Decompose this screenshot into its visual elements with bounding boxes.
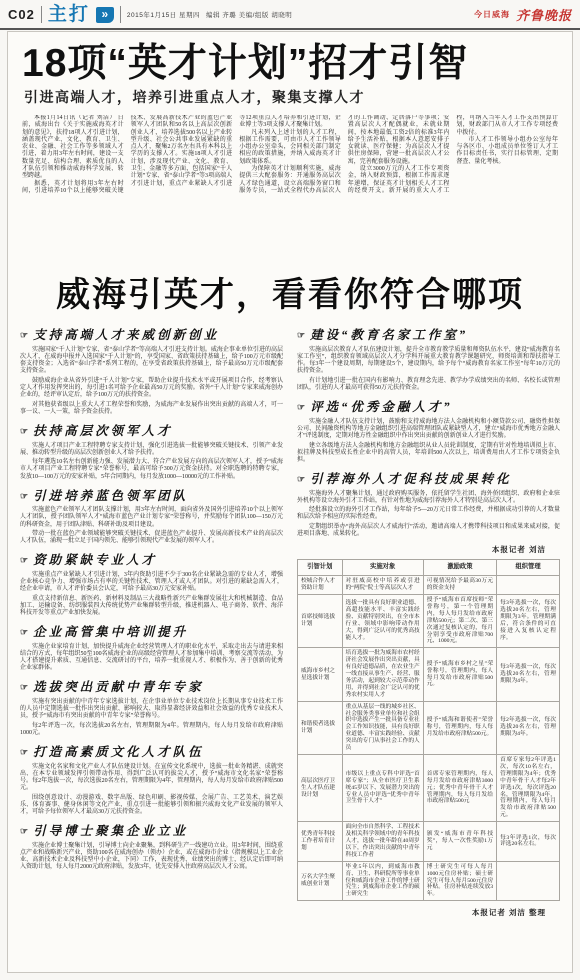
table-cell: 毕业5年以内，到威海市教育、卫生、科研院所等事业单位和威海市企业工作的博士研究生… — [342, 861, 423, 901]
table-header-row: 引智计划 实施对象 激励政策 组织管理 — [298, 560, 560, 576]
table-cell: 威海市乡村之星选拔计划 — [298, 648, 343, 701]
section-title-text: 引荐海外人才促科技成果转化 — [310, 473, 512, 487]
newspaper-page: C02 主打 » 2015年1月15日 星期四 编辑 齐璐 美编/组版 胡晓明 … — [0, 0, 580, 980]
table-byline: 本报记者 刘洁 整理 — [297, 907, 546, 918]
pointer-icon: ☞ — [297, 475, 305, 485]
table-cell: 首席专家每2年评选1次，每次10名左右，管理期限为4年；优秀中青年骨干人才每2年… — [497, 755, 560, 822]
left-column: ☞ 支持高端人才来威创新创业 实施国家“千人计划”专家、省“泰山学者”等高端人才… — [20, 320, 283, 938]
table-row: 和谐使者选拔计划 重点从基层一线的城乡社区、社会服务类事业单位和社会组织中选拔产… — [298, 701, 560, 754]
dateline: 2015年1月15日 星期四 — [127, 10, 200, 19]
body-paragraph: 实施高层次教育人才队伍建设计划，提升全市教育教学质量和师资队伍水平，建设“威海教… — [297, 347, 560, 375]
table-cell: 每3年选拔一次，每次选拔20名左右，管理期限为3年。管理期满后，符合条件的可直接… — [497, 594, 560, 647]
section-title-text: 选拔突出贡献中青年专家 — [33, 681, 204, 695]
section-title-text: 引导博士聚集企业立业 — [33, 825, 188, 839]
body-paragraph: 经批准设立的海外引才工作站，每年给予5—20万元日常工作经费，并根据成功引荐的人… — [297, 507, 560, 521]
table-cell: 重点从基层一线的城乡社区、社会服务类事业单位和社会组织中选拔产生一批具备专业社会… — [342, 701, 423, 754]
article-section: ☞ 企业高管集中培训提升 实施企业家培育计划，加快提升威海企业经营管理人才的职业… — [20, 626, 283, 672]
column-header: 激励政策 — [423, 560, 496, 576]
table-cell: 可视情况给予最高30万元的资金支持 — [423, 576, 496, 595]
divider — [41, 6, 42, 23]
table-row: 高层次医疗卫生人才队伍建设计划 市级以上重点专科中评选“首席专家”；从全市医疗卫… — [298, 755, 560, 822]
table-cell: 选拔一批具有良好职业道德、高超技能水平、丰富实践经验、贡献特别突出，在全市本行业… — [342, 594, 423, 647]
body-paragraph: 实施人才项目产业工程特聘专家支持计划，强化引进选拔一批能够突破关键技术、引领产业… — [20, 443, 283, 457]
section-title-text: 打造高素质文化人才队伍 — [33, 746, 204, 760]
pointer-icon: ☞ — [20, 827, 28, 837]
body-paragraph: 实施企业家培育计划，加快提升威海企业经营管理人才的职业化水平，采取走出去与请进来… — [20, 644, 283, 672]
table-cell: 校城合作人才资助计划 — [298, 576, 343, 595]
pointer-icon: ☞ — [20, 628, 28, 638]
pointer-icon: ☞ — [20, 748, 28, 758]
body-paragraph: 鼓励威海企业从省外引进“千人计划”专家，帮助企业提升技术水平或开展项目合作，经考… — [20, 378, 283, 399]
pointer-icon: ☞ — [20, 556, 28, 566]
section-title-text: 支持高端人才来威创新创业 — [33, 329, 219, 343]
page-header: C02 主打 » 2015年1月15日 星期四 编辑 齐璐 美编/组版 胡晓明 … — [0, 0, 580, 30]
reporter-byline: 本报记者 刘洁 — [297, 544, 546, 555]
body-paragraph: 定期组织举办“海外高层次人才威海行”活动，邀请高端人才携带科技项目和成果来威对接… — [297, 524, 560, 538]
table-cell: 授予“威海和谐使者”荣誉称号，管理期内，每人每月发给市政府津贴500元。 — [423, 701, 496, 754]
table-cell: 每3年选拔一次，每次选拔20名左右，管理期限为4年。 — [497, 648, 560, 701]
body-paragraph: 每年遴选10名左右创新能力强、发展潜力大、符合产业发展方向的高层次领军人才，授予… — [20, 459, 283, 480]
article-section: ☞ 选拔突出贡献中青年专家 实施有突出贡献的中青年专家选拔计划，在企事业单位专业… — [20, 681, 283, 737]
table-row: 校城合作人才资助计划 对驻威高校中培养或引进的“两院”院士等高层次人才 可视情况… — [298, 576, 560, 595]
section-title-text: 引进培养蓝色领军团队 — [33, 490, 188, 504]
section-title-text: 扶持高层次领军人才 — [33, 425, 173, 439]
pointer-icon: ☞ — [20, 427, 28, 437]
body-paragraph: 有计划地引进一批在国内有影响力、教育理念先进、教学办学成绩突出的名师、名校长或管… — [297, 378, 560, 392]
section-title-text: 评选“优秀金融人才” — [310, 401, 453, 415]
article-section: ☞ 引导博士聚集企业立业 实施企业博士聚集计划，引导博士向企业聚集，到科研生产一… — [20, 825, 283, 871]
table-cell — [497, 861, 560, 901]
talent-plans-table: 引智计划 实施对象 激励政策 组织管理 校城合作人才资助计划 对驻威高校中培养或… — [297, 559, 560, 901]
body-paragraph: 重点支持新信息、新医药、新材料及制品三大战略性新兴产业集群发展壮大和机械制造、食… — [20, 596, 283, 617]
body-paragraph: 带动一批在蓝色产业领域能够突破关键技术、促进蓝色产业提升、发展高新技术产业的高层… — [20, 531, 283, 545]
body-paragraph: 实施海外人才聚集计划，通过政府购买服务，依托留学生社团、海外侨团组织、政府和企业… — [297, 491, 560, 505]
lede-paragraph: 市人才工作领导小组办公室每年与各区市、小组成员单位签订人才工作目标责任书，实行目… — [456, 137, 558, 166]
table-row: 万名大学生聚威创业计划 毕业5年以内，到威海市教育、卫生、科研院所等事业单位和威… — [298, 861, 560, 901]
article-section: ☞ 评选“优秀金融人才” 实施金融人才队伍支持计划，鼓励和支持威海地方法人金融机… — [297, 401, 560, 464]
body-paragraph: 实施国家“千人计划”专家、省“泰山学者”等高端人才引进支持计划。威海企事业单位引… — [20, 347, 283, 375]
lede-text: 本报1月14日讯（记者 刘洁） 日前，威海出台《关于实施威海英才计划的意见》，扶… — [22, 115, 558, 267]
body-paragraph: 实施文化名家和文化产业人才队伍建设计划。在宣传文化系统中，选拔一批业务精湛、成就… — [20, 764, 283, 792]
table-cell: 万名大学生聚威创业计划 — [298, 861, 343, 901]
column-header: 组织管理 — [497, 560, 560, 576]
masthead-logo: 齐鲁晚报 — [516, 5, 572, 24]
table-cell: 授予“威海市首席技师”荣誉称号，第一个管理期内，每人每月发给市政府津贴500元；… — [423, 594, 496, 647]
divider — [120, 6, 121, 23]
table-cell: 高层次医疗卫生人才队伍建设计划 — [298, 755, 343, 822]
table-cell: 培育选拔一批为威海市农村经济社会发展作出突出贡献，具有良好道德品质，在农业生产一… — [342, 648, 423, 701]
section-heading: ☞ 评选“优秀金融人才” — [297, 401, 560, 415]
section-heading: ☞ 引进培养蓝色领军团队 — [20, 490, 283, 504]
section-heading: ☞ 建设“教育名家工作室” — [297, 329, 560, 343]
body-paragraph: 实施蓝色产业领军人才团队支撑计划，用3年左右时间，面向省外及国外引进培养10个以… — [20, 507, 283, 528]
column-header: 实施对象 — [342, 560, 423, 576]
body-paragraph: 实施企业博士聚集计划，引导博士向企业聚集，到科研生产一线建功立业。用3年时间，围… — [20, 843, 283, 871]
body-paragraph: 建立各级地方法人金融机构和地方金融组织从业人员轮训制度，定期有针对性地培训拟上市… — [297, 443, 560, 464]
table-cell: 每2年选拔一次，每次选拔20名左右，管理期限为4年。 — [497, 701, 560, 754]
table-cell: 面向全市自然科学、工程技术及相关科学领域中的青年科技人才，选拔一批年龄在40周岁… — [342, 822, 423, 862]
table-row: 优秀青年科技工作者培育计划 面向全市自然科学、工程技术及相关科学领域中的青年科技… — [298, 822, 560, 862]
table-cell: 优秀青年科技工作者培育计划 — [298, 822, 343, 862]
table-cell: 授予“威海市乡村之星”荣誉称号，管理期内，每人每月发给市政府津贴500元。 — [423, 648, 496, 701]
body-paragraph: 实施重点产业紧缺人才引进计划，3年内资助引进不少于300名企业紧缺急需的专业人才… — [20, 572, 283, 593]
table-cell: 每3年评选1次，每次评选20名左右。 — [497, 822, 560, 862]
secondary-headline: 威海引英才，看看你符合哪项 — [20, 277, 560, 314]
section-heading: ☞ 打造高素质文化人才队伍 — [20, 746, 283, 760]
section-heading: ☞ 扶持高层次领军人才 — [20, 425, 283, 439]
table-row: 威海市乡村之星选拔计划 培育选拔一批为威海市农村经济社会发展作出突出贡献，具有良… — [298, 648, 560, 701]
section-title-text: 建设“教育名家工作室” — [310, 329, 468, 343]
section-title-text: 企业高管集中培训提升 — [33, 626, 188, 640]
article-section: ☞ 扶持高层次领军人才 实施人才项目产业工程特聘专家支持计划，强化引进选拔一批能… — [20, 425, 283, 481]
main-headline: 18项“英才计划”招才引智 — [22, 44, 560, 85]
body-paragraph: 对其他获省级以上重大人才工程荣誉和奖励，为威海产业发展作出突出贡献的高端人才，可… — [20, 402, 283, 416]
pointer-icon: ☞ — [20, 492, 28, 502]
article-section: ☞ 建设“教育名家工作室” 实施高层次教育人才队伍建设计划，提升全市教育教学质量… — [297, 329, 560, 392]
section-name: 主打 — [48, 5, 90, 24]
section-heading: ☞ 引荐海外人才促科技成果转化 — [297, 473, 560, 487]
table-cell: 对驻威高校中培养或引进的“两院”院士等高层次人才 — [342, 576, 423, 595]
section-heading: ☞ 支持高端人才来威创新创业 — [20, 329, 283, 343]
body-paragraph: 实施金融人才队伍支持计划，鼓励和支持威海地方法人金融机构和小额贷款公司、融资性担… — [297, 419, 560, 440]
article-section: ☞ 引荐海外人才促科技成果转化 实施海外人才聚集计划，通过政府购买服务，依托留学… — [297, 473, 560, 538]
pointer-icon: ☞ — [20, 331, 28, 341]
edition-brand: 今日威海 — [474, 9, 510, 20]
page-number: C02 — [8, 7, 35, 22]
article-section: ☞ 资助紧缺专业人才 实施重点产业紧缺人才引进计划，3年内资助引进不少于300名… — [20, 554, 283, 617]
article-section: ☞ 支持高端人才来威创新创业 实施国家“千人计划”专家、省“泰山学者”等高端人才… — [20, 329, 283, 416]
table-cell: 首席技师选拔计划 — [298, 594, 343, 647]
lede-paragraph: 凡未列入上述计划的人才工程，根据工作需要，可由市人才工作领导小组办公室牵头，会同… — [239, 130, 341, 166]
article-section: ☞ 打造高素质文化人才队伍 实施文化名家和文化产业人才队伍建设计划。在宣传文化系… — [20, 746, 283, 816]
table-cell: 博士研究生可每人每月1000元住房补贴；硕士研究生可每人每月500元住房补贴。住… — [423, 861, 496, 901]
pointer-icon: ☞ — [20, 683, 28, 693]
body-paragraph: 每2年评选一次，每次选拔20名左右，管理期限为4年。管理期内，每人每月发给市政府… — [20, 723, 283, 737]
section-heading: ☞ 企业高管集中培训提升 — [20, 626, 283, 640]
section-arrow-icon: » — [96, 7, 114, 23]
right-column: ☞ 建设“教育名家工作室” 实施高层次教育人才队伍建设计划，提升全市教育教学质量… — [297, 320, 560, 938]
section-heading: ☞ 资助紧缺专业人才 — [20, 554, 283, 568]
article-columns: ☞ 支持高端人才来威创新创业 实施国家“千人计划”专家、省“泰山学者”等高端人才… — [20, 320, 560, 938]
lede-paragraph: 本报1月14日讯（记者 刘洁） 日前，威海出台《关于实施威海英才计划的意见》，扶… — [22, 115, 124, 181]
article-section: ☞ 引进培养蓝色领军团队 实施蓝色产业领军人才团队支撑计划，用3年左右时间，面向… — [20, 490, 283, 546]
section-title-text: 资助紧缺专业人才 — [33, 554, 157, 568]
body-paragraph: 实施有突出贡献的中青年专家选拔计划，在企事业单位专业技术岗位上长期从事专业技术工… — [20, 699, 283, 720]
column-header: 引智计划 — [298, 560, 343, 576]
body-paragraph: 围绕创意设计、动漫游戏、数字出版、绿色印刷、影视传媒、会展广告、工艺美术、演艺娱… — [20, 795, 283, 816]
pointer-icon: ☞ — [297, 403, 305, 413]
table-cell: 市级以上重点专科中评选“首席专家”；从全市医疗卫生系统45岁以下、发展潜力突出的… — [342, 755, 423, 822]
staff-credits: 编辑 齐璐 美编/组版 胡晓明 — [206, 10, 292, 19]
section-heading: ☞ 引导博士聚集企业立业 — [20, 825, 283, 839]
sub-headline: 引进高端人才，培养引进重点人才，聚集支撑人才 — [24, 87, 560, 107]
page-content: 18项“英才计划”招才引智 引进高端人才，培养引进重点人才，聚集支撑人才 本报1… — [7, 31, 573, 973]
section-heading: ☞ 选拔突出贡献中青年专家 — [20, 681, 283, 695]
table-cell: 首席专家管理期内，每人每月发给市政府津贴3000元；优秀中青年骨干人才管理期内，… — [423, 755, 496, 822]
pointer-icon: ☞ — [297, 331, 305, 341]
table-cell — [497, 576, 560, 595]
table-cell: 颁发“威海市青年科技奖”，每人一次性奖励1万元 — [423, 822, 496, 862]
table-cell: 和谐使者选拔计划 — [298, 701, 343, 754]
table-row: 首席技师选拔计划 选拔一批具有良好职业道德、高超技能水平、丰富实践经验、贡献特别… — [298, 594, 560, 647]
